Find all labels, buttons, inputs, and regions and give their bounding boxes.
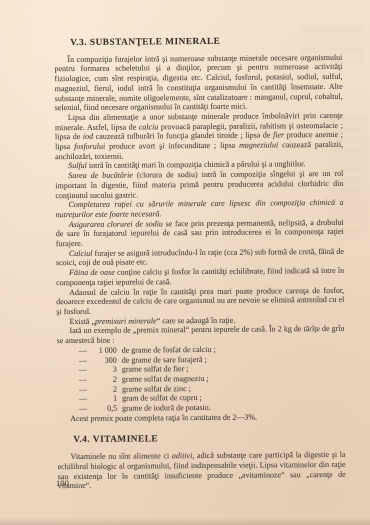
paragraph: Calciul furajer se asigură introducîndu-…: [56, 247, 344, 269]
vitamins-paragraphs: Vitaminele nu sînt alimente ci aditivi, …: [57, 450, 345, 491]
italic-text-run: iod: [83, 132, 93, 141]
italic-text-run: Sarea de bucătărie: [68, 171, 133, 181]
italic-text-run: magneziului: [239, 140, 278, 149]
list-dash: —: [79, 394, 90, 404]
italic-text-run: fier: [273, 131, 284, 140]
premix-amount: 3: [90, 365, 117, 375]
text-run: furajer se asigură introducîndu-l în raţ…: [56, 247, 344, 268]
paragraph: Iată un exemplu de „premix mineral“ pent…: [56, 324, 344, 346]
paragraph: Făina de oase conţine calciu şi fosfor î…: [56, 266, 344, 288]
premix-amount: 0,5: [90, 404, 117, 414]
premix-amount: 1: [90, 394, 117, 404]
italic-text-run: fosforului: [74, 142, 105, 151]
scan-edge-shadow: [0, 517, 370, 525]
text-run: Acest premix poate completa raţia în can…: [70, 412, 257, 422]
paragraph: În compoziţia furajelor intră şi numeroa…: [54, 53, 342, 113]
list-dash: —: [79, 355, 90, 365]
text-run: În compoziţia furajelor intră şi numeroa…: [54, 53, 342, 113]
paragraph: Adaosul de calciu în raţie în cantităţi …: [56, 285, 344, 316]
list-dash: —: [79, 365, 90, 375]
text-run: produce avort şi infecunditate ; lipsa: [105, 141, 239, 151]
paragraph: Vitaminele nu sînt alimente ci aditivi, …: [57, 450, 345, 491]
italic-text-run: Făina de oase: [69, 268, 115, 277]
minerals-paragraphs: În compoziţia furajelor intră şi numeroa…: [54, 53, 344, 346]
paragraph: Acest premix poate completa raţia în can…: [57, 412, 345, 424]
paragraph: Lipsa din alimentaţie a unor substanţe m…: [55, 111, 343, 162]
text-run: Iată un exemplu de „premix mineral“ pent…: [57, 324, 345, 345]
italic-text-run: premixuri minerale: [95, 316, 157, 325]
paragraph: Sarea de bucătărie (clorura de sodiu) in…: [55, 169, 343, 200]
list-dash: —: [79, 404, 90, 414]
text-run: Adaosul de calciu în raţie în cantităţi …: [56, 285, 344, 316]
section-heading-vitamins: V.4. VITAMINELE: [57, 434, 345, 446]
italic-text-run: Calciul: [69, 249, 93, 258]
premix-amount: 1 000: [90, 345, 117, 355]
premix-amount: 2: [90, 384, 117, 394]
italic-text-run: Sulful: [68, 161, 87, 170]
premix-amount: 2: [90, 375, 117, 385]
text-run: Există „: [69, 317, 95, 326]
italic-text-run: Asigurarea clorurei de sodiu: [69, 219, 163, 229]
scanned-book-page: V.3. SUBSTANŢELE MINERALE În compoziţia …: [0, 0, 370, 525]
page-text-block: V.3. SUBSTANŢELE MINERALE În compoziţia …: [54, 37, 346, 491]
text-run: Vitaminele nu sînt alimente ci: [70, 451, 171, 461]
section-heading-minerals: V.3. SUBSTANŢELE MINERALE: [54, 37, 342, 49]
list-dash: —: [79, 375, 90, 385]
text-run: cauzează tulburări în funcţia glandei ti…: [93, 131, 273, 141]
italic-text-run: aditivi: [172, 451, 193, 460]
minerals-closing-paragraphs: Acest premix poate completa raţia în can…: [57, 412, 345, 424]
list-dash: —: [79, 346, 90, 356]
premix-amount: 300: [90, 355, 117, 365]
paragraph: Asigurarea clorurei de sodiu se face pri…: [56, 218, 344, 249]
premix-ingredient-list: —1 000de grame de fosfat de calciu ;—300…: [57, 344, 346, 414]
italic-text-run: Completarea raţiei cu sărurile minerale …: [56, 198, 344, 219]
list-dash: —: [79, 384, 90, 394]
text-run: “ care se adaugă în raţie.: [157, 315, 236, 325]
paragraph: Completarea raţiei cu sărurile minerale …: [55, 198, 343, 220]
page-number: 100: [56, 478, 69, 488]
italic-text-run: calciu: [139, 122, 159, 131]
